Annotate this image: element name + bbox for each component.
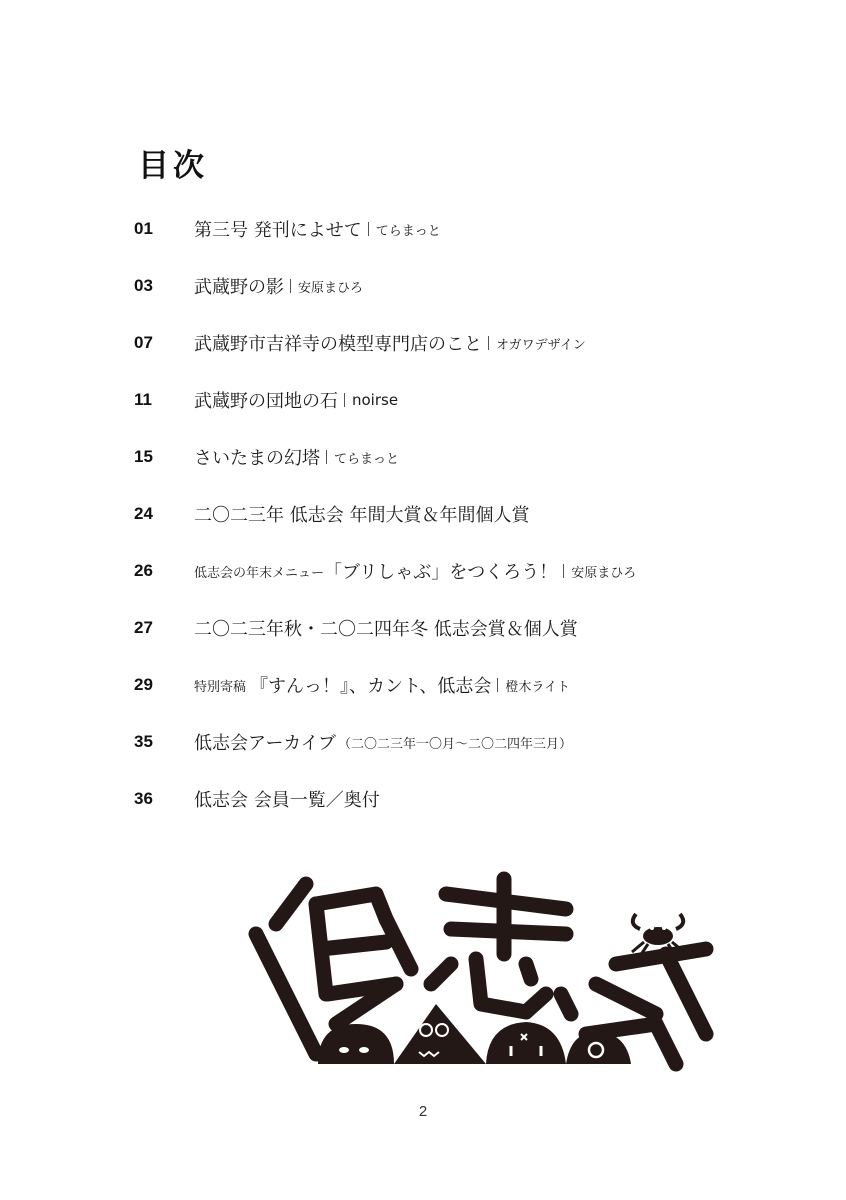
- toc-page-number: 11: [134, 390, 194, 410]
- toc-author: オガワデザイン: [496, 334, 586, 353]
- toc-entry[interactable]: 15 さいたまの幻塔 てらまっと: [134, 440, 399, 474]
- toc-entry[interactable]: 27 二〇二三年秋・二〇二四年冬 低志会賞＆個人賞: [134, 611, 578, 645]
- toc-entry[interactable]: 29 特別寄稿 『すんっ！』、カント、低志会 橙木ライト: [134, 668, 570, 702]
- toc-subtitle: （二〇二三年一〇月〜二〇二四年三月）: [338, 733, 572, 752]
- toc-entry[interactable]: 03 武蔵野の影 安原まひろ: [134, 269, 363, 303]
- toc-author: 安原まひろ: [298, 277, 363, 296]
- character-glasses-icon: [394, 1004, 486, 1064]
- toc-author: 橙木ライト: [505, 676, 570, 695]
- toc-title: さいたまの幻塔: [194, 444, 320, 470]
- page-number: 2: [0, 1103, 846, 1120]
- toc-entry[interactable]: 35 低志会アーカイブ （二〇二三年一〇月〜二〇二四年三月）: [134, 725, 572, 759]
- toc-entry[interactable]: 11 武蔵野の団地の石 noirse: [134, 383, 398, 417]
- toc-page-number: 27: [134, 618, 194, 638]
- toc-title: 低志会アーカイブ: [194, 729, 336, 755]
- toc-author: てらまっと: [376, 220, 441, 239]
- separator: [326, 450, 327, 464]
- toc-page-number: 03: [134, 276, 194, 296]
- toc-title: 第三号 発刊によせて: [194, 216, 362, 242]
- page-title: 目次: [138, 140, 208, 185]
- teishikai-logo: [236, 864, 730, 1082]
- toc-title: 低志会 会員一覧／奥付: [194, 786, 380, 812]
- separator: [368, 222, 369, 236]
- logo-stroke: [256, 934, 316, 1054]
- toc-page-number: 35: [134, 732, 194, 752]
- toc-page-number: 36: [134, 789, 194, 809]
- toc-page-number: 15: [134, 447, 194, 467]
- character-x-icon: [486, 1022, 566, 1064]
- toc-title: 二〇二三年 低志会 年間大賞＆年間個人賞: [194, 501, 529, 527]
- toc-title: 「ブリしゃぶ」をつくろう！: [324, 558, 557, 584]
- toc-page-number: 29: [134, 675, 194, 695]
- toc-author: noirse: [352, 391, 398, 409]
- toc-title: 武蔵野市吉祥寺の模型専門店のこと: [194, 330, 482, 356]
- toc-entry[interactable]: 24 二〇二三年 低志会 年間大賞＆年間個人賞: [134, 497, 529, 531]
- toc-page-number: 07: [134, 333, 194, 353]
- toc-author: てらまっと: [334, 448, 399, 467]
- toc-page-number: 26: [134, 561, 194, 581]
- separator: [563, 564, 564, 578]
- toc-page-number: 24: [134, 504, 194, 524]
- separator: [488, 336, 489, 350]
- toc-entry[interactable]: 36 低志会 会員一覧／奥付: [134, 782, 380, 816]
- toc-title: 武蔵野の団地の石: [194, 387, 338, 413]
- toc-title: 『すんっ！』、カント、低志会: [250, 672, 491, 698]
- toc-page-number: 01: [134, 219, 194, 239]
- separator: [344, 393, 345, 407]
- toc-title-prefix: 低志会の年末メニュー: [194, 562, 324, 581]
- toc-title: 二〇二三年秋・二〇二四年冬 低志会賞＆個人賞: [194, 615, 578, 641]
- separator: [497, 678, 498, 692]
- toc-entry[interactable]: 01 第三号 発刊によせて てらまっと: [134, 212, 441, 246]
- character-dots-icon: [318, 1024, 394, 1064]
- separator: [290, 279, 291, 293]
- toc-entry[interactable]: 26 低志会の年末メニュー 「ブリしゃぶ」をつくろう！ 安原まひろ: [134, 554, 636, 588]
- character-ring-icon: [566, 1032, 631, 1064]
- toc-author: 安原まひろ: [571, 562, 636, 581]
- toc-entry[interactable]: 07 武蔵野市吉祥寺の模型専門店のこと オガワデザイン: [134, 326, 586, 360]
- toc-title: 武蔵野の影: [194, 273, 284, 299]
- toc-title-prefix: 特別寄稿: [194, 676, 246, 695]
